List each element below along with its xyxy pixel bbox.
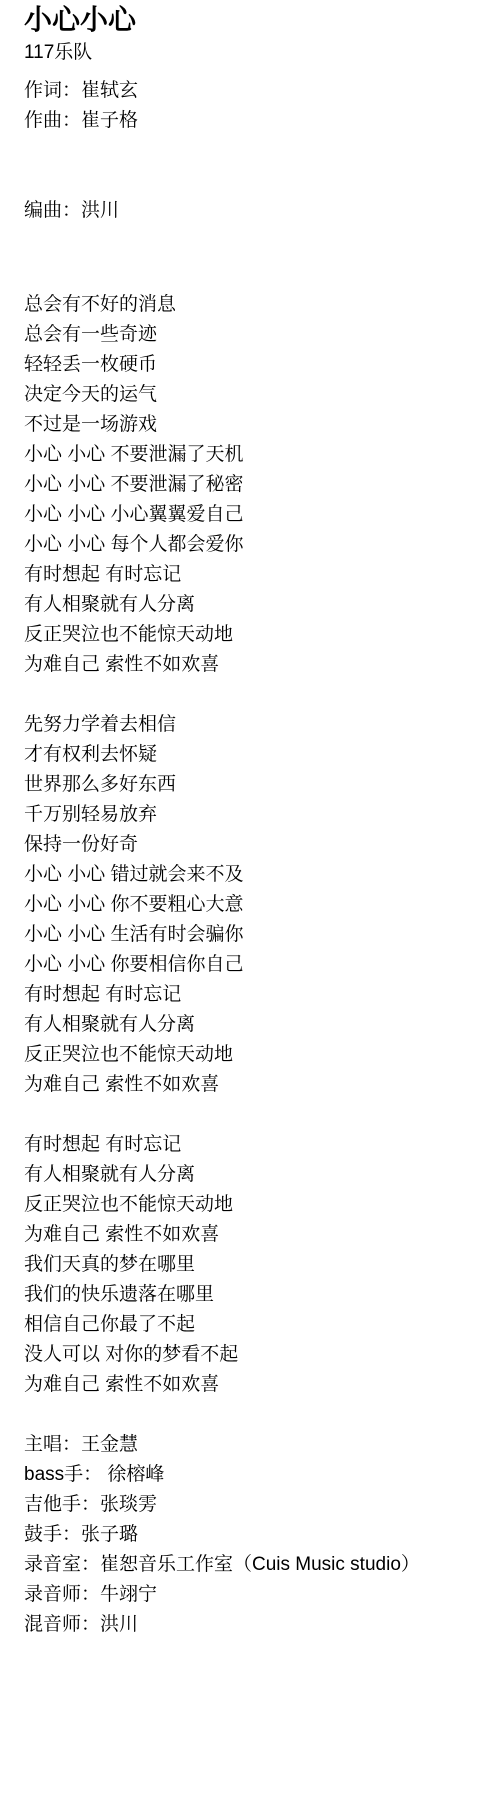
text-line: 才有权利去怀疑	[24, 740, 476, 770]
text-line: 总会有不好的消息	[24, 290, 476, 320]
text-line: 保持一份好奇	[24, 830, 476, 860]
text-line: 混音师：洪川	[24, 1610, 476, 1640]
text-line: 轻轻丢一枚硬币	[24, 350, 476, 380]
production-credits-bottom: 主唱：王金慧bass手： 徐榕峰吉他手：张琰雱鼓手：张子璐录音室：崔恕音乐工作室…	[24, 1430, 476, 1640]
text-line: 小心 小心 小心翼翼爱自己	[24, 500, 476, 530]
blank-line	[24, 1400, 476, 1430]
text-line: 有人相聚就有人分离	[24, 1010, 476, 1040]
text-line: 录音室：崔恕音乐工作室（Cuis Music studio）	[24, 1550, 476, 1580]
text-line: 总会有一些奇迹	[24, 320, 476, 350]
artist-name: 117乐队	[24, 41, 476, 65]
blank-line	[24, 166, 476, 196]
text-line: 决定今天的运气	[24, 380, 476, 410]
text-line: bass手： 徐榕峰	[24, 1460, 476, 1490]
text-line: 先努力学着去相信	[24, 710, 476, 740]
text-line: 吉他手：张琰雱	[24, 1490, 476, 1520]
text-line: 小心 小心 错过就会来不及	[24, 860, 476, 890]
blank-line	[24, 256, 476, 286]
text-line: 小心 小心 生活有时会骗你	[24, 920, 476, 950]
text-line: 录音师：牛翊宁	[24, 1580, 476, 1610]
text-line: 我们的快乐遗落在哪里	[24, 1280, 476, 1310]
text-line: 我们天真的梦在哪里	[24, 1250, 476, 1280]
song-title: 小心小心	[24, 2, 476, 38]
text-line: 有时想起 有时忘记	[24, 980, 476, 1010]
text-line: 为难自己 索性不如欢喜	[24, 650, 476, 680]
text-line: 不过是一场游戏	[24, 410, 476, 440]
production-credits-top: 作词：崔轼玄作曲：崔子格编曲：洪川	[24, 76, 476, 286]
text-line: 没人可以 对你的梦看不起	[24, 1340, 476, 1370]
lyrics-body: 总会有不好的消息总会有一些奇迹轻轻丢一枚硬币决定今天的运气不过是一场游戏小心 小…	[24, 290, 476, 1430]
text-line: 小心 小心 你要相信你自己	[24, 950, 476, 980]
text-line: 小心 小心 不要泄漏了天机	[24, 440, 476, 470]
text-line: 鼓手：张子璐	[24, 1520, 476, 1550]
blank-line	[24, 136, 476, 166]
text-line: 世界那么多好东西	[24, 770, 476, 800]
blank-line	[24, 226, 476, 256]
text-line: 为难自己 索性不如欢喜	[24, 1220, 476, 1250]
text-line: 作词：崔轼玄	[24, 76, 476, 106]
text-line: 反正哭泣也不能惊天动地	[24, 620, 476, 650]
text-line: 主唱：王金慧	[24, 1430, 476, 1460]
text-line: 有时想起 有时忘记	[24, 560, 476, 590]
text-line: 作曲：崔子格	[24, 106, 476, 136]
text-line: 有时想起 有时忘记	[24, 1130, 476, 1160]
text-line: 反正哭泣也不能惊天动地	[24, 1040, 476, 1070]
text-line: 千万别轻易放弃	[24, 800, 476, 830]
text-line: 为难自己 索性不如欢喜	[24, 1070, 476, 1100]
text-line: 为难自己 索性不如欢喜	[24, 1370, 476, 1400]
text-line: 小心 小心 每个人都会爱你	[24, 530, 476, 560]
text-line: 相信自己你最了不起	[24, 1310, 476, 1340]
text-line: 反正哭泣也不能惊天动地	[24, 1190, 476, 1220]
blank-line	[24, 680, 476, 710]
lyrics-page: 小心小心 117乐队 作词：崔轼玄作曲：崔子格编曲：洪川 总会有不好的消息总会有…	[0, 0, 500, 1640]
text-line: 有人相聚就有人分离	[24, 1160, 476, 1190]
blank-line	[24, 1100, 476, 1130]
text-line: 小心 小心 不要泄漏了秘密	[24, 470, 476, 500]
text-line: 小心 小心 你不要粗心大意	[24, 890, 476, 920]
text-line: 有人相聚就有人分离	[24, 590, 476, 620]
text-line: 编曲：洪川	[24, 196, 476, 226]
